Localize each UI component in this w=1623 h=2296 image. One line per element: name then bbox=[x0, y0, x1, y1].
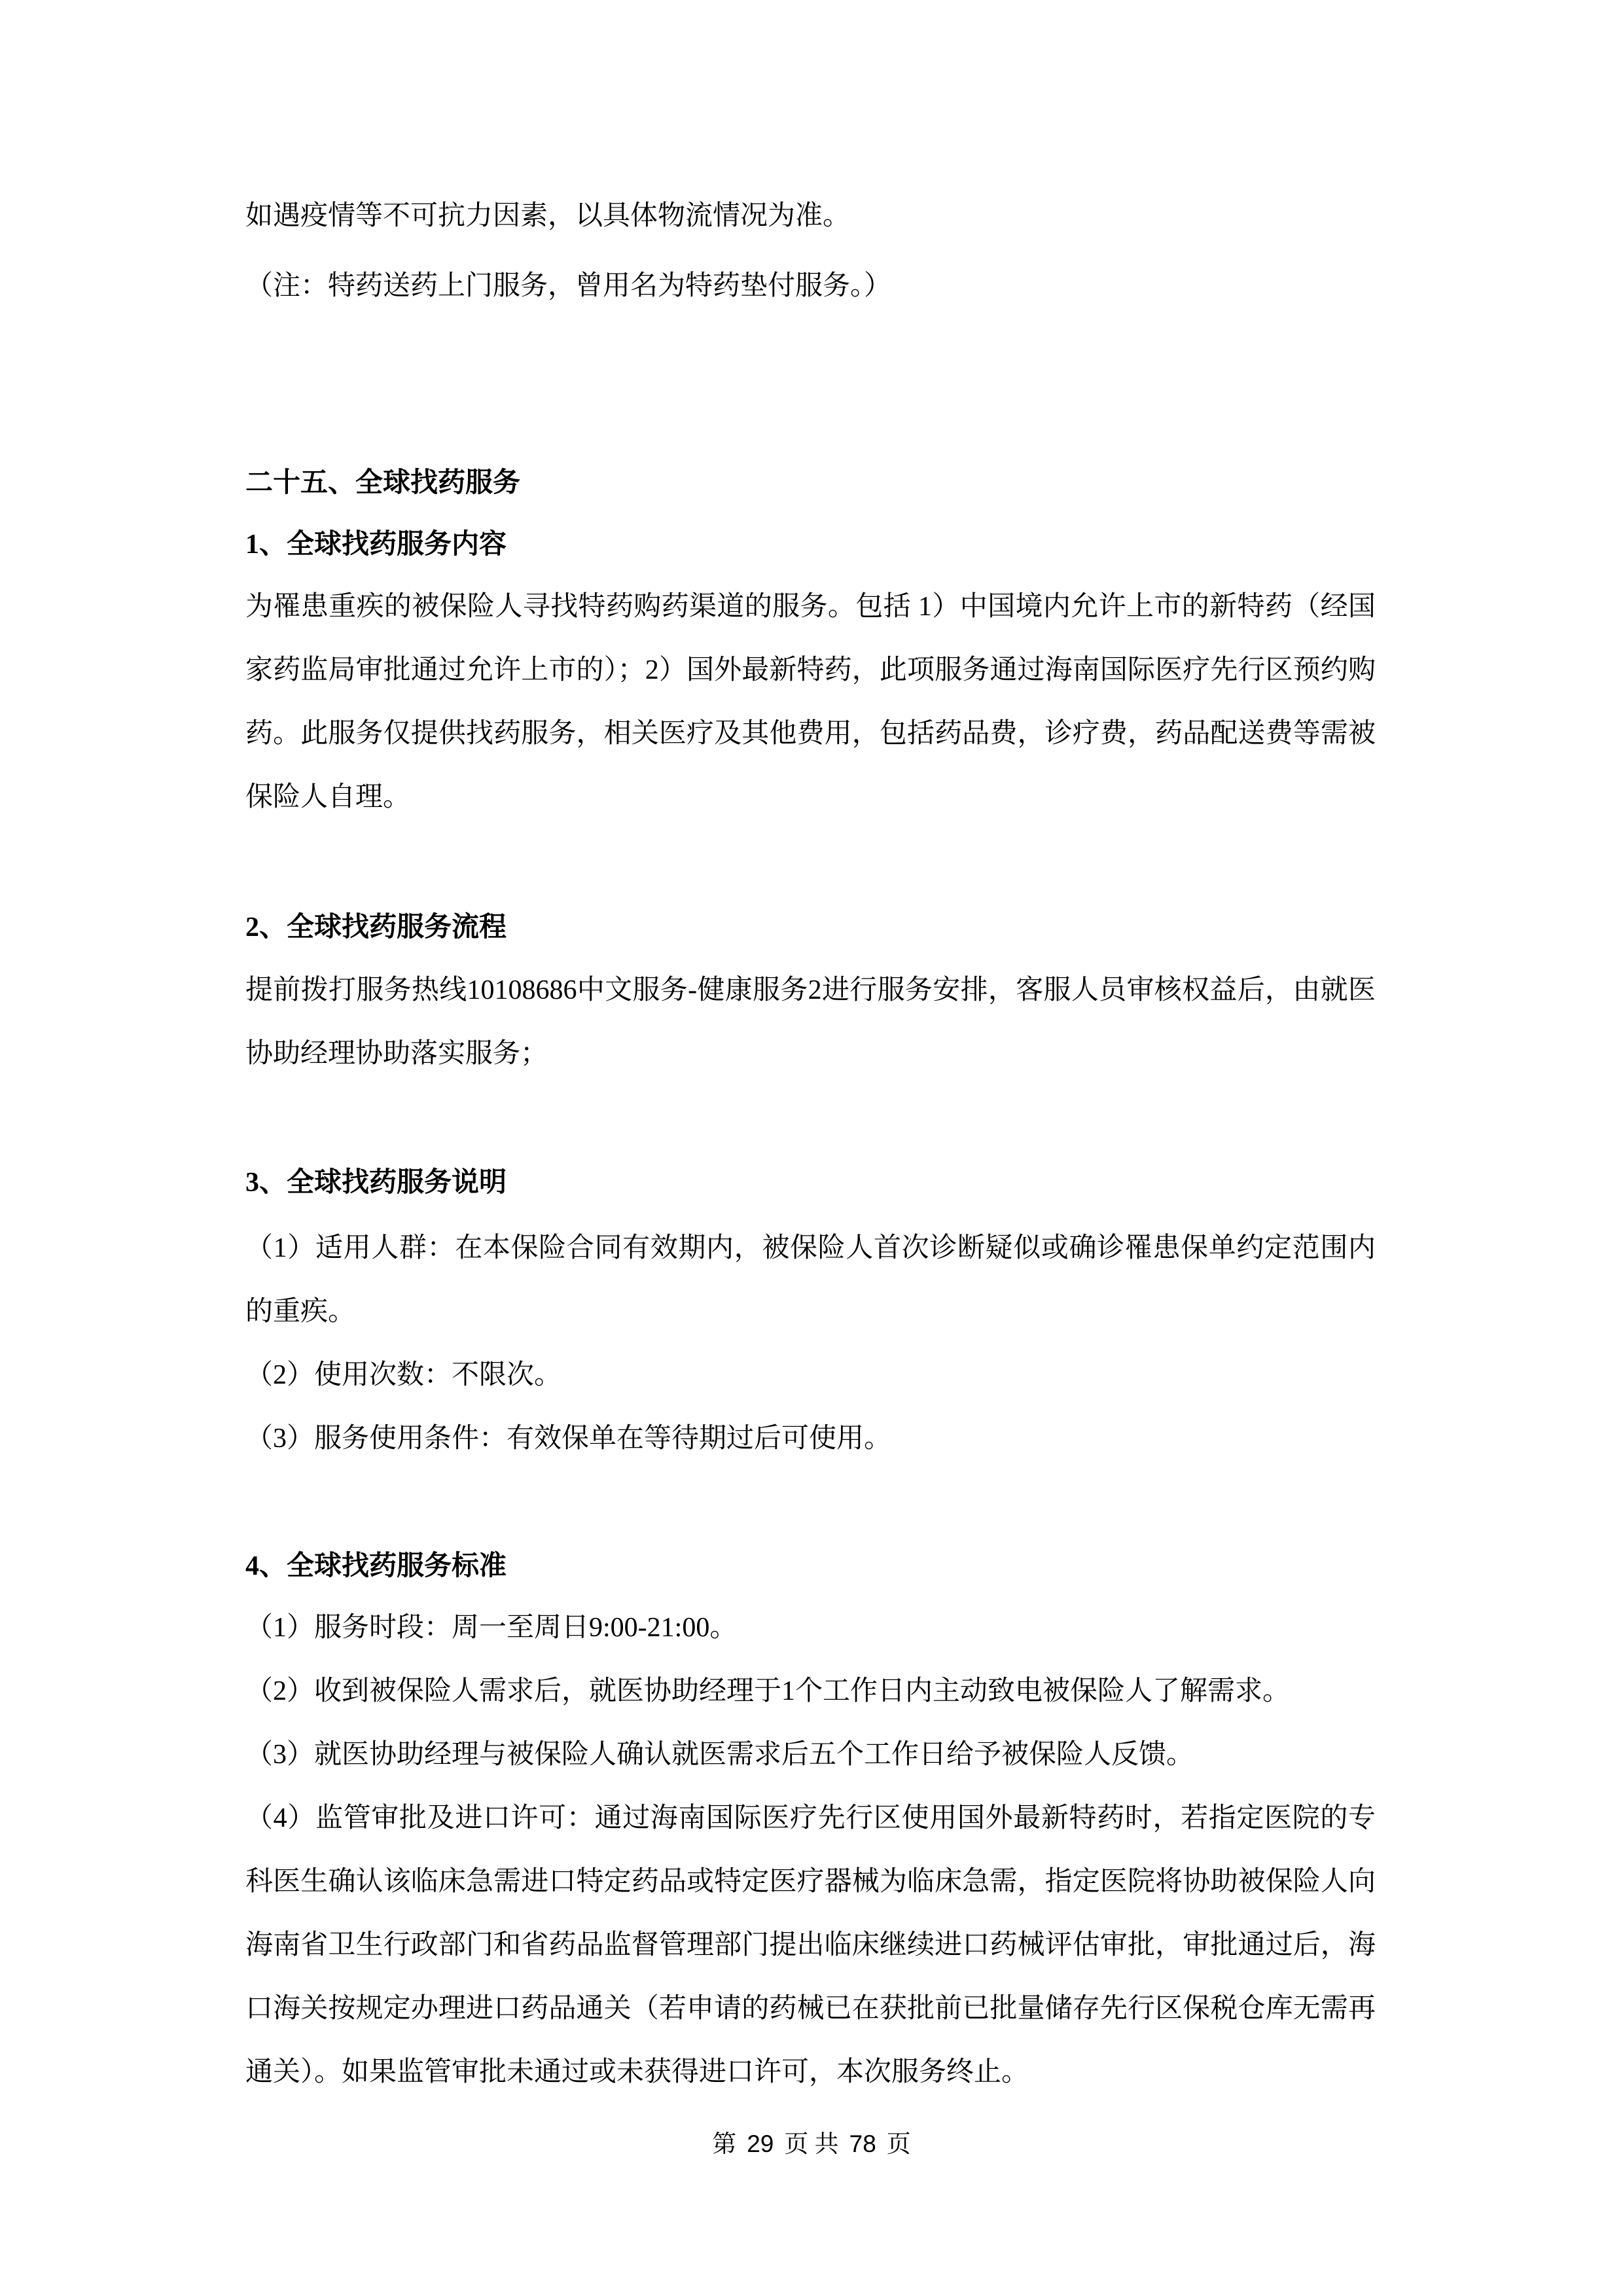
footer-total-pages: 78 bbox=[849, 2130, 876, 2157]
footer-label-page-of: 页 共 bbox=[784, 2131, 838, 2158]
intro-line: 如遇疫情等不可抗力因素，以具体物流情况为准。 bbox=[245, 185, 1376, 248]
subsection-4-item-3: （3）就医协助经理与被保险人确认就医需求后五个工作日给予被保险人反馈。 bbox=[245, 1723, 1376, 1787]
footer-label-page-suffix: 页 bbox=[887, 2131, 911, 2158]
footer-label-page-prefix: 第 bbox=[712, 2131, 736, 2158]
subsection-3-item-2: （2）使用次数：不限次。 bbox=[245, 1344, 1376, 1407]
intro-note: （注：特药送药上门服务，曾用名为特药垫付服务。） bbox=[245, 255, 1376, 318]
document-page: 如遇疫情等不可抗力因素，以具体物流情况为准。 （注：特药送药上门服务，曾用名为特… bbox=[0, 0, 1623, 2296]
subsection-3-item-1: （1）适用人群：在本保险合同有效期内，被保险人首次诊断疑似或确诊罹患保单约定范围… bbox=[245, 1217, 1376, 1344]
footer-page-number: 29 bbox=[747, 2130, 774, 2157]
subsection-2-heading: 2、全球找药服务流程 bbox=[245, 896, 1376, 960]
page-footer: 第29页 共78页 bbox=[0, 2128, 1623, 2161]
subsection-3-item-3: （3）服务使用条件：有效保单在等待期过后可使用。 bbox=[245, 1407, 1376, 1471]
section-title: 二十五、全球找药服务 bbox=[245, 452, 1376, 515]
subsection-4-item-2: （2）收到被保险人需求后，就医协助经理于1个工作日内主动致电被保险人了解需求。 bbox=[245, 1660, 1376, 1723]
subsection-4-item-1: （1）服务时段：周一至周日9:00-21:00。 bbox=[245, 1596, 1376, 1660]
subsection-2-paragraph: 提前拨打服务热线10108686中文服务-健康服务2进行服务安排，客服人员审核权… bbox=[245, 959, 1376, 1086]
subsection-1-paragraph: 为罹患重疾的被保险人寻找特药购药渠道的服务。包括 1）中国境内允许上市的新特药（… bbox=[245, 575, 1376, 829]
subsection-4-item-4: （4）监管审批及进口许可：通过海南国际医疗先行区使用国外最新特药时，若指定医院的… bbox=[245, 1787, 1376, 2104]
subsection-1-heading: 1、全球找药服务内容 bbox=[245, 513, 1376, 577]
subsection-3-heading: 3、全球找药服务说明 bbox=[245, 1151, 1376, 1215]
subsection-4-heading: 4、全球找药服务标准 bbox=[245, 1535, 1376, 1598]
